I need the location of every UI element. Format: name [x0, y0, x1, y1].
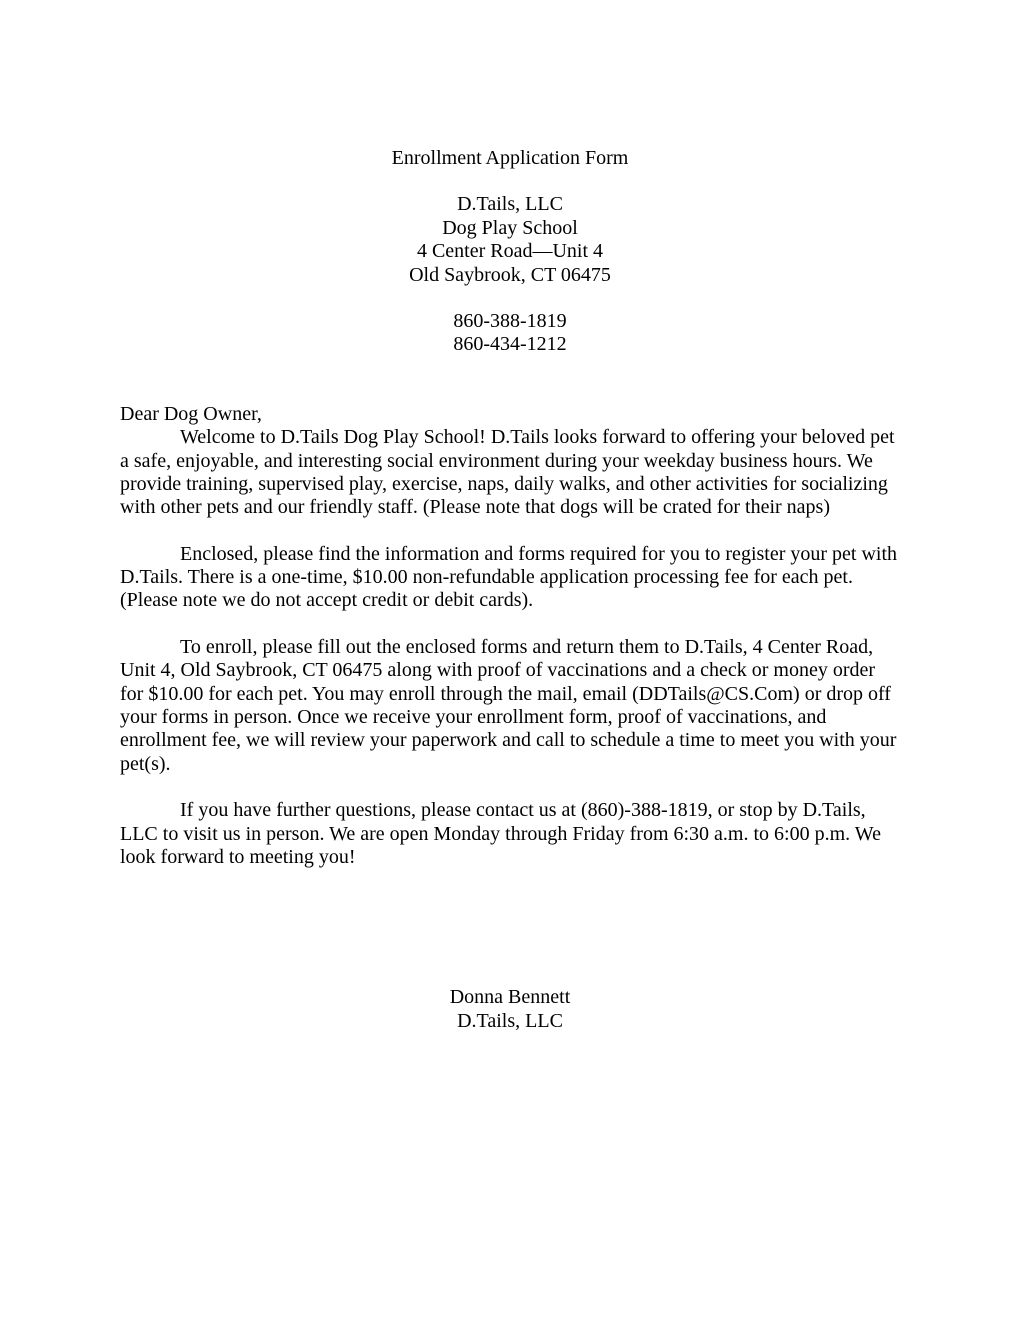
paragraph-questions-hours: If you have further questions, please co… — [120, 799, 900, 869]
business-name: Dog Play School — [120, 217, 900, 240]
signature-name: Donna Bennett — [120, 986, 900, 1009]
company-name: D.Tails, LLC — [120, 193, 900, 216]
signature-company: D.Tails, LLC — [120, 1010, 900, 1033]
phone-block: 860-388-1819 860-434-1212 — [120, 310, 900, 357]
street-address: 4 Center Road—Unit 4 — [120, 240, 900, 263]
letter-page: Enrollment Application Form D.Tails, LLC… — [0, 0, 1020, 1320]
address-block: D.Tails, LLC Dog Play School 4 Center Ro… — [120, 193, 900, 287]
paragraph-enclosed-fee: Enclosed, please find the information an… — [120, 543, 900, 613]
phone-number-1: 860-388-1819 — [120, 310, 900, 333]
paragraph-enroll-instructions: To enroll, please fill out the enclosed … — [120, 636, 900, 776]
city-state-zip: Old Saybrook, CT 06475 — [120, 264, 900, 287]
signature-block: Donna Bennett D.Tails, LLC — [120, 986, 900, 1033]
document-title: Enrollment Application Form — [120, 147, 900, 170]
paragraph-welcome: Welcome to D.Tails Dog Play School! D.Ta… — [120, 426, 900, 520]
salutation: Dear Dog Owner, — [120, 403, 900, 426]
phone-number-2: 860-434-1212 — [120, 333, 900, 356]
